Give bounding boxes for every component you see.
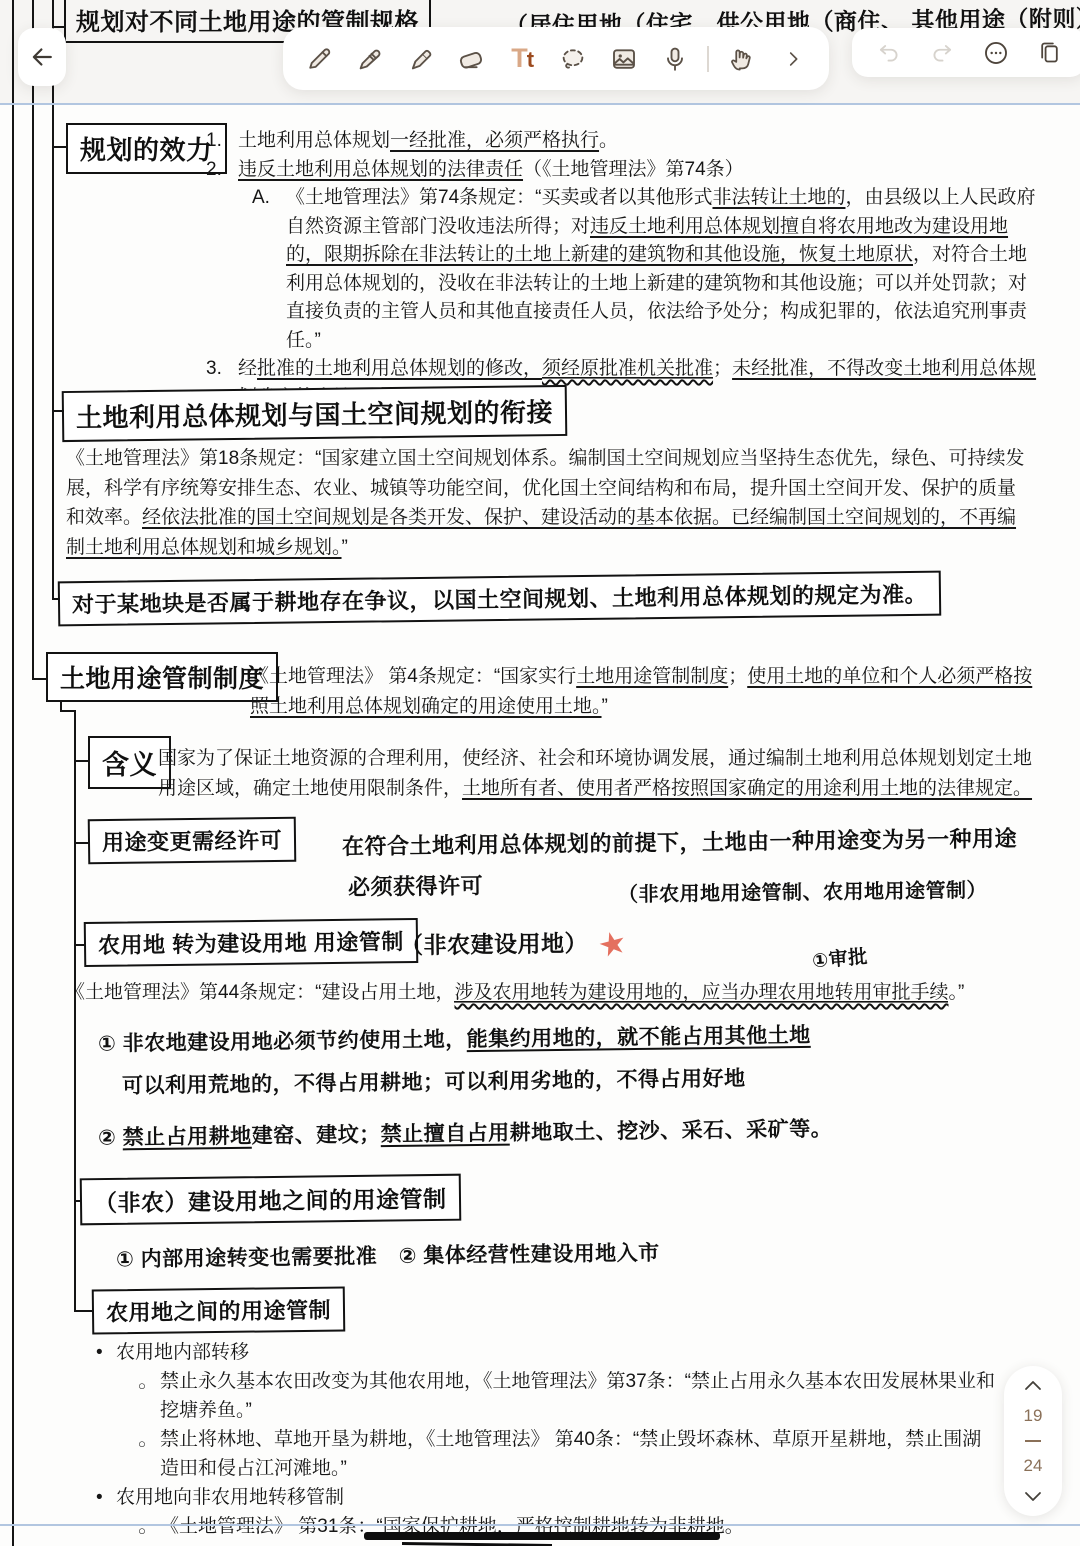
handwritten-note-permit-2: 必须获得许可 xyxy=(348,869,483,902)
redo-icon xyxy=(929,40,955,66)
handwritten-note-permit-1: 在符合土地利用总体规划的前提下，土地由一种用途变为另一种用途 xyxy=(342,822,1017,861)
handwritten-note-1: ① 非农地建设用地必须节约使用土地，能集约用地的，就不能占用其他土地 xyxy=(98,1016,1018,1057)
undo-icon xyxy=(876,40,902,66)
note-app-window: 规划对不同土地用途的管制规格 （居住用地（住宅、供公用地（商住、 其他用途（附则… xyxy=(0,0,1080,1546)
redo-button[interactable] xyxy=(920,31,964,75)
handwritten-note-1b: 可以利用荒地的，不得占用耕地；可以利用劣地的，不得占用好地 xyxy=(122,1062,746,1100)
audio-record-button[interactable] xyxy=(653,35,697,83)
handwritten-note-2: ② 禁止占用耕地建窑、建坟；禁止擅自占用耕地取土、挖沙、采石、采矿等。 xyxy=(98,1110,1018,1151)
tree-connector xyxy=(74,710,76,1312)
typed-paragraph-article18: 《土地管理法》第18条规定：“国家建立国土空间规划体系。编制国土空间规划应当坚持… xyxy=(66,444,1028,562)
image-icon xyxy=(609,44,639,74)
typed-line: 违反土地利用总体规划的法律责任（《土地管理法》第74条） xyxy=(238,156,1044,185)
list-marker: A. xyxy=(252,184,286,213)
typed-line: 禁止永久基本农田改变为其他农用地，《土地管理法》第37条：“禁止占用永久基本农田… xyxy=(160,1367,998,1425)
lasso-icon xyxy=(558,44,588,74)
list-marker: 2. xyxy=(206,156,238,185)
list-marker: 3. xyxy=(206,355,238,384)
chevron-up-icon xyxy=(1023,1378,1043,1392)
pen-tool-button[interactable] xyxy=(297,35,341,83)
bullet-marker: • xyxy=(96,1483,116,1512)
typed-paragraph-article4: 《土地管理法》 第4条规定：“国家实行土地用途管制制度；使用土地的单位和个人必须… xyxy=(250,662,1042,721)
eraser-tool-button[interactable] xyxy=(449,35,493,83)
pencil-icon xyxy=(355,44,385,74)
tree-connector xyxy=(52,598,60,600)
tree-connector xyxy=(74,760,90,762)
bullet-marker: ○ xyxy=(138,1425,160,1458)
current-page-number: 19 xyxy=(1024,1406,1043,1426)
tree-connector xyxy=(52,0,54,600)
back-arrow-icon xyxy=(27,42,57,72)
handwritten-note-nonag: ① 内部用途转变也需要批准 ② 集体经营性建设用地入市 xyxy=(116,1237,660,1274)
next-page-ink-fragment xyxy=(364,1532,720,1540)
pencil-tool-button[interactable] xyxy=(348,35,392,83)
typed-line: 土地利用总体规划一经批准，必须严格执行。 xyxy=(238,127,1044,156)
page-number-divider xyxy=(1025,1440,1041,1442)
handwritten-heading-plan-effect: 规划的效力 xyxy=(66,123,227,174)
image-tool-button[interactable] xyxy=(602,35,646,83)
handwritten-heading-nonag-between: （非农）建设用地之间的用途管制 xyxy=(80,1174,461,1226)
typed-paragraph-meaning: 国家为了保证土地资源的合理利用，使经济、社会和环境协调发展，通过编制土地利用总体… xyxy=(158,744,1046,803)
highlighter-icon xyxy=(406,44,436,74)
pages-copy-icon xyxy=(1036,39,1063,66)
pen-icon xyxy=(304,44,334,74)
chevron-down-icon xyxy=(1023,1490,1043,1504)
typed-list-plan-effect: 1. 土地利用总体规划一经批准，必须严格执行。 2. 违反土地利用总体规划的法律… xyxy=(206,127,1044,412)
toolbar-divider xyxy=(707,46,709,72)
ellipsis-icon xyxy=(982,39,1010,67)
typed-paragraph-article44: 《土地管理法》第44条规定：“建设占用土地，涉及农用地转为建设用地的，应当办理农… xyxy=(66,978,1026,1007)
handwritten-note-permit-3: （非农用地用途管制、农用地用途管制） xyxy=(618,874,987,908)
handwritten-heading-change-permit: 用途变更需经许可 xyxy=(88,817,297,865)
text-tool-button[interactable]: Tt xyxy=(500,35,544,83)
duplicate-page-button[interactable] xyxy=(1027,31,1071,75)
tools-toolbar: Tt xyxy=(283,27,829,90)
next-page-button[interactable] xyxy=(1023,1490,1043,1504)
more-tools-button[interactable] xyxy=(771,35,815,83)
red-star-mark: ★ xyxy=(594,922,632,966)
more-options-button[interactable] xyxy=(974,31,1018,75)
tree-connector xyxy=(52,146,68,148)
handwritten-annotation-approval: ①审批 xyxy=(811,942,869,974)
tree-connector xyxy=(74,1200,82,1202)
bullet-marker: ○ xyxy=(138,1512,160,1545)
handwritten-heading-plan-linkage: 土地利用总体规划与国土空间规划的衔接 xyxy=(62,385,568,442)
page-divider-line xyxy=(0,1524,1080,1526)
tree-connector xyxy=(74,842,90,844)
handwritten-note-conv-tag: （非农建设用地）★ xyxy=(400,925,628,966)
previous-page-button[interactable] xyxy=(1023,1378,1043,1392)
handwritten-heading-farm-to-construction: 农用地 转为建设用地 用途管制 xyxy=(84,918,418,967)
tree-connector xyxy=(32,678,48,680)
text-tool-icon: Tt xyxy=(511,45,533,72)
pointer-hand-icon xyxy=(727,44,757,74)
typed-line: 农用地内部转移 xyxy=(116,1338,998,1367)
tree-connector xyxy=(32,0,34,680)
pointer-tool-button[interactable] xyxy=(720,35,764,83)
typed-bullets-ag: • 农用地内部转移 ○ 禁止永久基本农田改变为其他农用地，《土地管理法》第37条… xyxy=(96,1338,998,1545)
lasso-tool-button[interactable] xyxy=(551,35,595,83)
handwritten-heading-use-control: 土地用途管制制度 xyxy=(46,652,278,702)
highlighter-tool-button[interactable] xyxy=(399,35,443,83)
actions-toolbar xyxy=(852,28,1080,77)
page-divider-line xyxy=(0,103,1080,105)
tree-connector xyxy=(12,0,14,1546)
back-button[interactable] xyxy=(20,33,64,81)
tree-connector xyxy=(74,1310,94,1312)
list-marker: 1. xyxy=(206,127,238,156)
tree-connector xyxy=(74,944,86,946)
bullet-marker: • xyxy=(96,1338,116,1367)
typed-line: 禁止将林地、草地开垦为耕地，《土地管理法》 第40条：“禁止毁坏森林、草原开星耕… xyxy=(160,1425,998,1483)
handwritten-note-dispute: 对于某地块是否属于耕地存在争议，以国土空间规划、土地利用总体规划的规定为准。 xyxy=(58,571,941,627)
bullet-marker: ○ xyxy=(138,1367,160,1400)
microphone-icon xyxy=(660,44,690,74)
typed-line: 《土地管理法》第74条规定：“买卖或者以其他形式非法转让土地的，由县级以上人民政… xyxy=(286,184,1044,355)
chevron-right-icon xyxy=(782,48,804,70)
page-navigator: 19 24 xyxy=(1004,1366,1062,1516)
tree-connector xyxy=(52,410,64,412)
total-page-number: 24 xyxy=(1024,1456,1043,1476)
back-button-card xyxy=(18,28,66,86)
undo-button[interactable] xyxy=(867,31,911,75)
typed-line: 农用地向非农用地转移管制 xyxy=(116,1483,998,1512)
eraser-icon xyxy=(456,44,486,74)
handwritten-heading-ag-between: 农用地之间的用途管制 xyxy=(92,1286,346,1334)
